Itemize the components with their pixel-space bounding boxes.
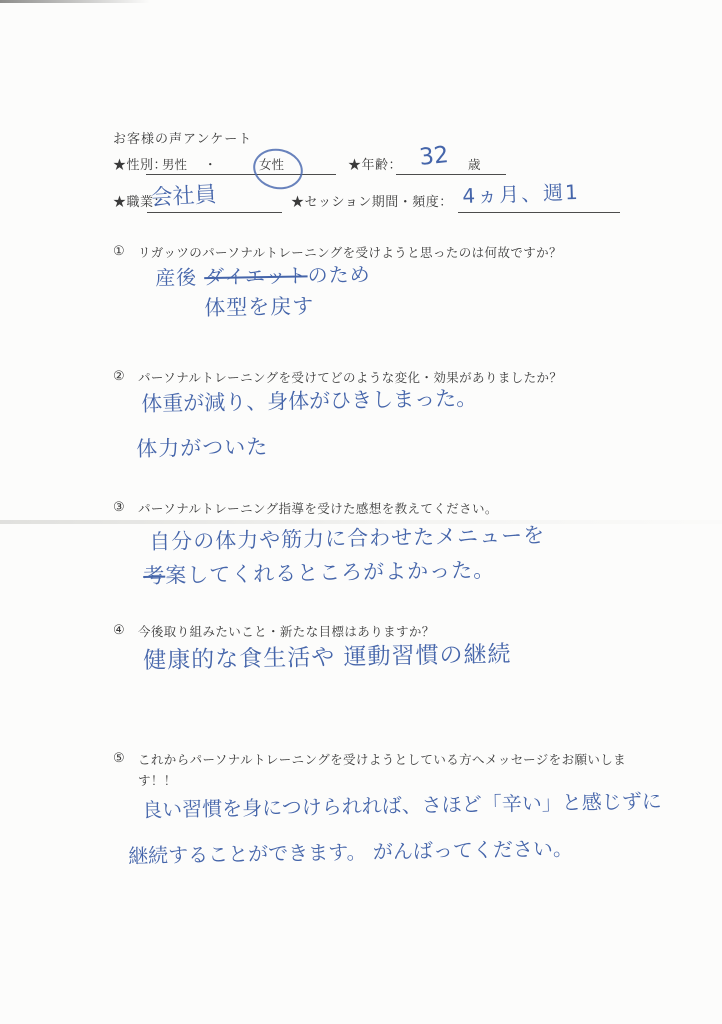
gender-blank-underline: 男性 ・ 女性 (146, 156, 336, 175)
question-1-text: リガッツのパーソナルトレーニングを受けようと思ったのは何故ですか？ (138, 243, 562, 264)
question-5-text: これからパーソナルトレーニングを受けようとしている方へメッセージをお願いします！… (138, 750, 630, 792)
answer-q2-line1: 体重が減り、身体がひきしまった。 (141, 386, 477, 416)
age-label: ★年齢： (348, 157, 402, 173)
answer-q3-line2: 考案してくれるところがよかった。 (143, 558, 495, 588)
answer-q1-line1: 産後ダイエットのため (155, 263, 371, 290)
occupation-value-handwritten: 会社員 (150, 183, 217, 212)
question-3-number: ③ (113, 499, 125, 515)
page-title: お客様の声アンケート (113, 131, 252, 147)
answer-q1-line2: 体型を戻す (204, 294, 314, 320)
question-5-number: ⑤ (113, 750, 125, 766)
questionnaire-sheet: お客様の声アンケート ★性別： 男性 ・ 女性 ★年齢： 歳 32 ★職業： 会… (0, 0, 722, 1024)
female-circle-annotation (249, 144, 306, 194)
gender-male-option: 男性 (162, 155, 187, 173)
paper-crease (0, 520, 722, 524)
answer-q5-line2: 継続することができます。 がんばってください。 (128, 837, 573, 868)
answer-q3-line2-rest: 案してくれるところがよかった。 (165, 558, 495, 588)
question-4-text: 今後取り組みたいこと・新たな目標はありますか？ (138, 622, 435, 643)
question-4-number: ④ (113, 622, 125, 638)
answer-q1-line1-post: のため (307, 262, 370, 287)
question-3-text: パーソナルトレーニング指導を受けた感想を教えてください。 (138, 499, 498, 520)
age-unit: 歳 (468, 155, 481, 173)
question-1-number: ① (113, 243, 125, 259)
answer-q4-line1: 健康的な食生活や 運動習慣の継続 (143, 642, 512, 675)
session-value-handwritten: 4ヵ月、週1 (462, 181, 580, 208)
age-blank-underline: 歳 (396, 156, 506, 175)
question-2-text: パーソナルトレーニングを受けてどのような変化・効果がありましたか？ (138, 368, 562, 389)
session-label: ★セッション期間・頻度： (291, 194, 453, 210)
answer-q1-line1-pre: 産後 (155, 265, 197, 290)
answer-q3-line1: 自分の体力や筋力に合わせたメニューを (149, 523, 545, 554)
age-value-handwritten: 32 (418, 142, 450, 171)
question-2-number: ② (113, 368, 125, 384)
answer-q1-line1-struck: ダイエット (204, 263, 308, 289)
scan-edge-artifact (0, 0, 150, 3)
answer-q5-line1: 良い習慣を身につけられれば、さほど「辛い」と感じずに (142, 790, 662, 822)
answer-q2-line2: 体力がついた (136, 435, 268, 461)
gender-separator-dot: ・ (204, 155, 217, 173)
answer-q3-line2-struck: 考 (143, 564, 165, 588)
